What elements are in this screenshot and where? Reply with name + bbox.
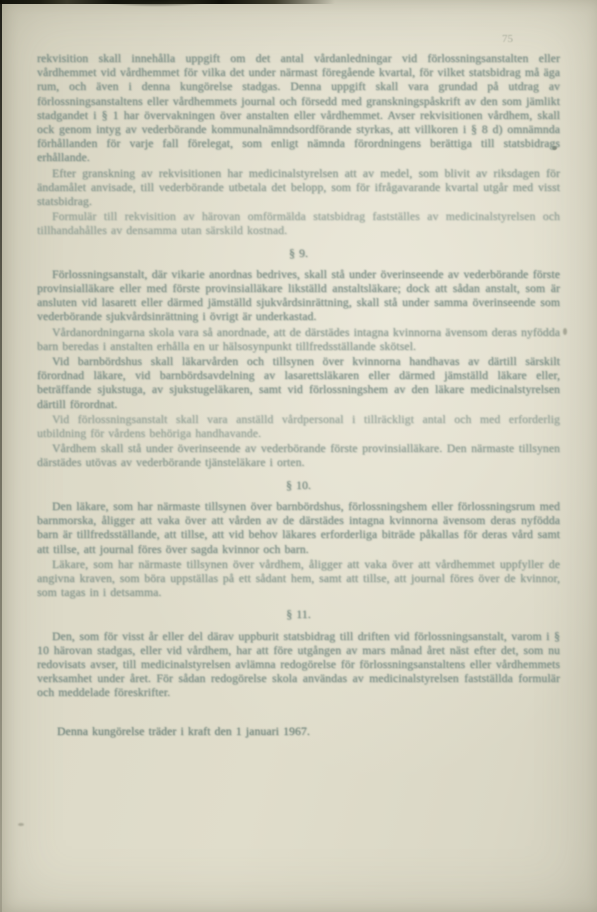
scanner-edge-artifact-bump — [96, 0, 216, 7]
document-paragraph: Vårdhem skall stå under överinseende av … — [37, 442, 560, 470]
closing-entry-into-force-line: Denna kungörelse träder i kraft den 1 ja… — [37, 725, 560, 739]
section-mark: § 9. — [37, 247, 560, 261]
scanner-edge-artifact-left — [0, 0, 2, 912]
document-paragraph: Vid förlossningsanstalt skall vara anstä… — [37, 413, 560, 441]
document-paragraph: Den, som för visst år eller del därav up… — [37, 630, 560, 701]
scanned-document-page: 75 rekvisition skall innehålla uppgift o… — [0, 0, 597, 912]
section-mark: § 11. — [37, 608, 560, 622]
document-paragraph: Den läkare, som har närmaste tillsynen ö… — [37, 500, 560, 557]
document-paragraph: Efter granskning av rekvisitionen har me… — [37, 167, 560, 210]
page-number: 75 — [502, 33, 513, 45]
document-paragraph: Vårdanordningarna skola vara så anordnad… — [37, 326, 560, 354]
document-paragraph: Läkare, som har närmaste tillsynen över … — [37, 558, 560, 601]
section-mark: § 10. — [37, 479, 560, 493]
paper-stain-speck — [563, 328, 567, 335]
document-paragraph: Förlossningsanstalt, där vikarie anordna… — [37, 268, 560, 325]
document-paragraph: rekvisition skall innehålla uppgift om d… — [37, 52, 560, 166]
paper-stain-speck — [18, 823, 24, 826]
document-paragraph: Formulär till rekvisition av härovan omf… — [37, 210, 560, 238]
document-paragraph: Vid barnbördshus skall läkarvården och t… — [37, 355, 560, 412]
document-text-area: rekvisition skall innehålla uppgift om d… — [37, 52, 560, 739]
